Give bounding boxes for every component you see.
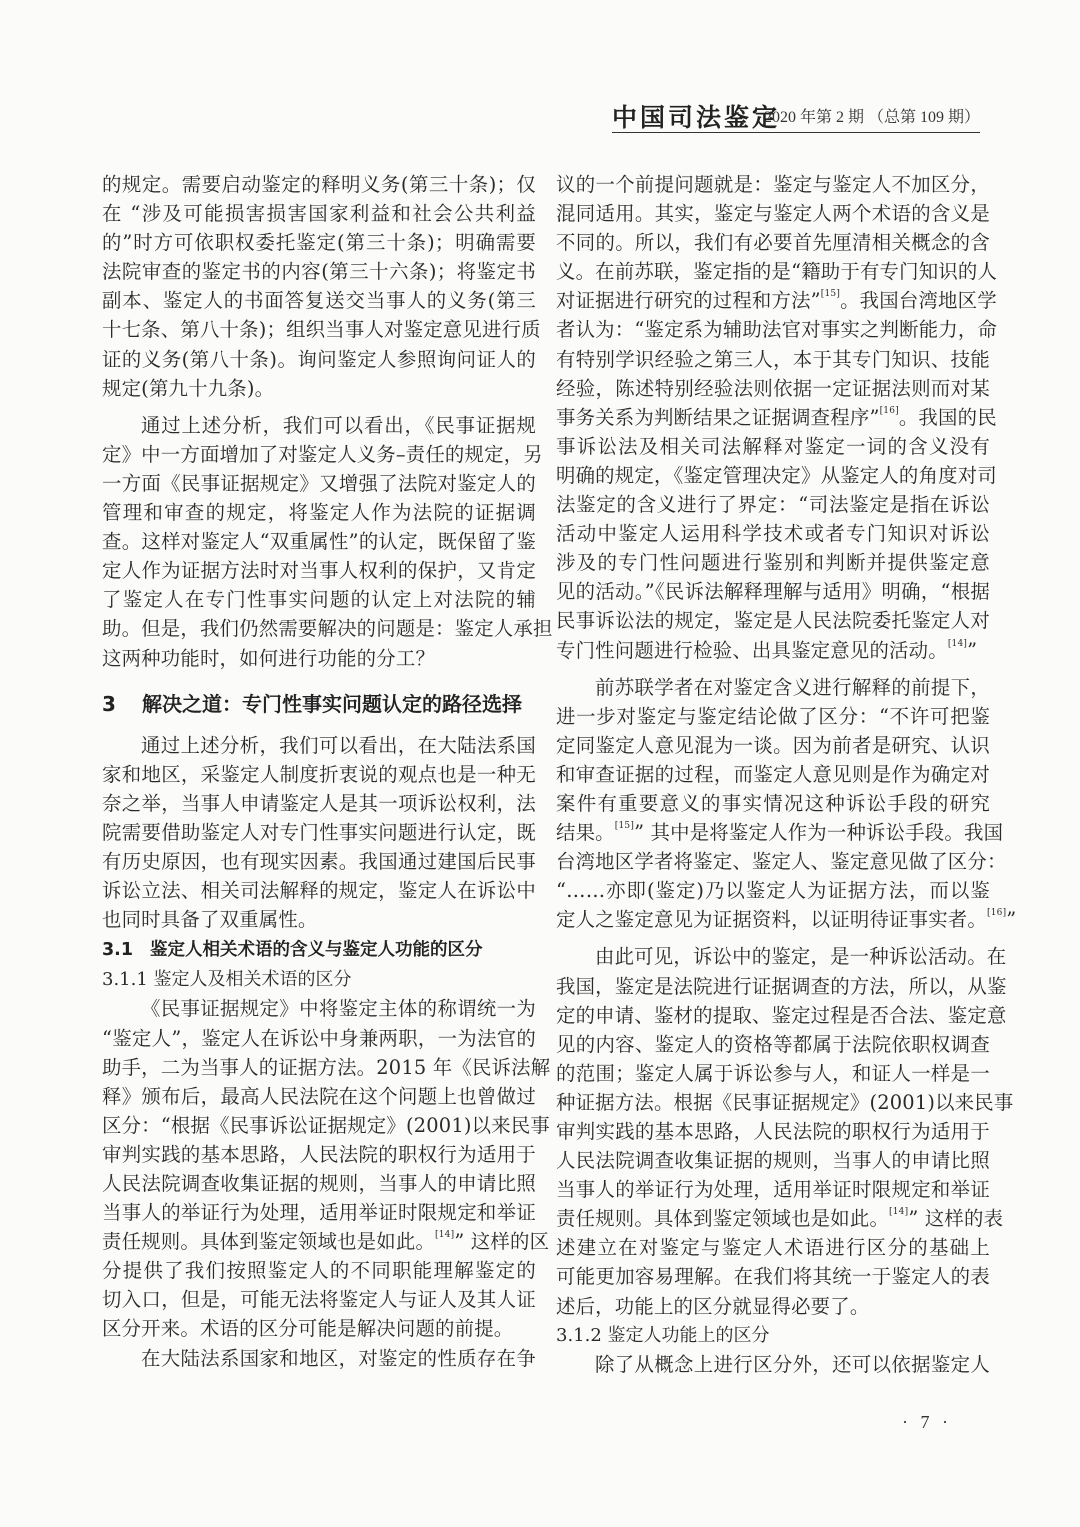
text-line: 义。在前苏联，鉴定指的是“籍助于有专门知识的人	[556, 257, 990, 286]
right-column: 议的一个前提问题就是：鉴定与鉴定人不加区分， 混同适用。其实，鉴定与鉴定人两个术…	[556, 170, 990, 1379]
text-line: 定人之鉴定意见为证据资料，以证明待证事实者。[16]”	[556, 905, 990, 934]
text-line: 区分开来。术语的区分可能是解决问题的前提。	[102, 1314, 536, 1343]
citation-ref[interactable]: [16]	[880, 406, 899, 416]
text-segment: 对证据进行研究的过程和方法”	[556, 289, 821, 312]
text-line: 切入口，但是，可能无法将鉴定人与证人及其人证	[102, 1285, 536, 1314]
text-segment: 。我国的民	[899, 406, 997, 429]
text-segment: 专门性问题进行检验、出具鉴定意见的活动。	[556, 639, 948, 662]
text-segment: ”	[967, 639, 977, 662]
section-heading-3-1-2: 3.1.2 鉴定人功能上的区分	[556, 1321, 990, 1350]
text-line: 述建立在对鉴定与鉴定人术语进行区分的基础上	[556, 1233, 990, 1262]
text-line: 《民事证据规定》中将鉴定主体的称谓统一为	[102, 994, 536, 1023]
text-segment: 。我国台湾地区学	[840, 289, 997, 312]
text-line: 这两种功能时，如何进行功能的分工？	[102, 644, 536, 673]
text-line: 述后，功能上的区分就显得必要了。	[556, 1292, 990, 1321]
text-line: 家和地区，采鉴定人制度折衷说的观点也是一种无	[102, 760, 536, 789]
text-line: 通过上述分析，我们可以看出，在大陆法系国	[102, 731, 536, 760]
text-line: 副本、鉴定人的书面答复送交当事人的义务(第三	[102, 286, 536, 315]
section-title: 鉴定人及相关术语的区分	[154, 969, 352, 990]
text-line: 活动中鉴定人运用科学技术或者专门知识对诉讼	[556, 519, 990, 548]
text-line: 的规定。需要启动鉴定的释明义务(第三十条)；仅	[102, 170, 536, 199]
paragraph: 在大陆法系国家和地区，对鉴定的性质存在争	[102, 1344, 536, 1373]
text-line: 经验，陈述特别经验法则依据一定证据法则而对某	[556, 374, 990, 403]
text-segment: ” 其中是将鉴定人作为一种诉讼手段。我国	[634, 821, 1003, 844]
text-line: 助。但是，我们仍然需要解决的问题是：鉴定人承担	[102, 614, 536, 643]
text-line: 除了从概念上进行区分外，还可以依据鉴定人	[556, 1350, 990, 1379]
text-line: 定同鉴定人意见混为一谈。因为前者是研究、认识	[556, 731, 990, 760]
text-line: 院需要借助鉴定人对专门性事实问题进行认定，既	[102, 818, 536, 847]
text-segment: 责任规则。具体到鉴定领域也是如此。	[556, 1207, 889, 1230]
citation-ref[interactable]: [14]	[889, 1207, 908, 1217]
text-line: 混同适用。其实，鉴定与鉴定人两个术语的含义是	[556, 199, 990, 228]
text-line: 当事人的举证行为处理，适用举证时限规定和举证	[556, 1175, 990, 1204]
text-line: 规定(第九十九条)。	[102, 374, 536, 403]
text-line: 也同时具备了双重属性。	[102, 905, 536, 934]
text-line: 十七条、第八十条)；组织当事人对鉴定意见进行质	[102, 315, 536, 344]
text-line: 法鉴定的含义进行了界定：“司法鉴定是指在诉讼	[556, 490, 990, 519]
text-line: 台湾地区学者将鉴定、鉴定人、鉴定意见做了区分：	[556, 847, 990, 876]
citation-ref[interactable]: [15]	[821, 289, 840, 299]
text-line: 见的内容、鉴定人的资格等都属于法院依职权调查	[556, 1030, 990, 1059]
text-line: 不同的。所以，我们有必要首先厘清相关概念的含	[556, 228, 990, 257]
text-line: 查。这样对鉴定人“双重属性”的认定，既保留了鉴	[102, 527, 536, 556]
text-line: 奈之举，当事人申请鉴定人是其一项诉讼权利，法	[102, 789, 536, 818]
section-title: 解决之道：专门性事实问题认定的路径选择	[142, 692, 522, 716]
text-line: 法院审查的鉴定书的内容(第三十六条)；将鉴定书	[102, 257, 536, 286]
section-heading-3-1-1: 3.1.1 鉴定人及相关术语的区分	[102, 965, 536, 994]
text-line: 在 “涉及可能损害损害国家利益和社会公共利益	[102, 199, 536, 228]
text-line: 对证据进行研究的过程和方法”[15]。我国台湾地区学	[556, 286, 990, 315]
text-line: 涉及的专门性问题进行鉴别和判断并提供鉴定意	[556, 548, 990, 577]
text-segment: 结果。	[556, 821, 615, 844]
text-line: 前苏联学者在对鉴定含义进行解释的前提下，	[556, 673, 990, 702]
text-line: 进一步对鉴定与鉴定结论做了区分：“不许可把鉴	[556, 702, 990, 731]
paragraph: 除了从概念上进行区分外，还可以依据鉴定人	[556, 1350, 990, 1379]
section-heading-3: 3解决之道：专门性事实问题认定的路径选择	[102, 683, 536, 725]
text-line: 责任规则。具体到鉴定领域也是如此。[14]” 这样的区	[102, 1227, 536, 1256]
text-segment: ” 这样的区	[454, 1230, 549, 1253]
text-segment: 定人之鉴定意见为证据资料，以证明待证事实者。	[556, 908, 987, 931]
section-number: 3.1.1	[102, 969, 148, 990]
text-line: 人民法院调查收集证据的规则，当事人的申请比照	[556, 1146, 990, 1175]
text-line: 审判实践的基本思路，人民法院的职权行为适用于	[556, 1117, 990, 1146]
text-line: 审判实践的基本思路，人民法院的职权行为适用于	[102, 1140, 536, 1169]
paragraph: 通过上述分析，我们可以看出，《民事证据规 定》中一方面增加了对鉴定人义务–责任的…	[102, 411, 536, 673]
section-number: 3.1	[102, 936, 150, 965]
section-heading-3-1: 3.1鉴定人相关术语的含义与鉴定人功能的区分	[102, 936, 536, 965]
text-line: 区分：“根据《民事诉讼证据规定》(2001)以来民事	[102, 1111, 536, 1140]
text-line: 的”时方可依职权委托鉴定(第三十条)；明确需要	[102, 228, 536, 257]
text-line: 有历史原因，也有现实因素。我国通过建国后民事	[102, 847, 536, 876]
text-segment: ”	[1006, 908, 1016, 931]
paragraph: 议的一个前提问题就是：鉴定与鉴定人不加区分， 混同适用。其实，鉴定与鉴定人两个术…	[556, 170, 990, 665]
text-line: 当事人的举证行为处理，适用举证时限规定和举证	[102, 1198, 536, 1227]
paragraph: 由此可见，诉讼中的鉴定，是一种诉讼活动。在 我国，鉴定是法院进行证据调查的方法，…	[556, 942, 990, 1320]
text-line: 可能更加容易理解。在我们将其统一于鉴定人的表	[556, 1262, 990, 1291]
text-line: 了鉴定人在专门性事实问题的认定上对法院的辅	[102, 585, 536, 614]
paragraph: 《民事证据规定》中将鉴定主体的称谓统一为 “鉴定人”，鉴定人在诉讼中身兼两职，一…	[102, 994, 536, 1343]
paragraph: 的规定。需要启动鉴定的释明义务(第三十条)；仅 在 “涉及可能损害损害国家利益和…	[102, 170, 536, 403]
citation-ref[interactable]: [14]	[435, 1230, 454, 1240]
left-column: 的规定。需要启动鉴定的释明义务(第三十条)；仅 在 “涉及可能损害损害国家利益和…	[102, 170, 536, 1373]
text-line: 事诉讼法及相关司法解释对鉴定一词的含义没有	[556, 432, 990, 461]
text-line: “……亦即(鉴定)乃以鉴定人为证据方法，而以鉴	[556, 876, 990, 905]
text-line: 管理和审查的规定，将鉴定人作为法院的证据调	[102, 498, 536, 527]
text-line: 专门性问题进行检验、出具鉴定意见的活动。[14]”	[556, 636, 990, 665]
paragraph: 前苏联学者在对鉴定含义进行解释的前提下， 进一步对鉴定与鉴定结论做了区分：“不许…	[556, 673, 990, 935]
text-line: 者认为：“鉴定系为辅助法官对事实之判断能力，命	[556, 315, 990, 344]
section-title: 鉴定人功能上的区分	[608, 1325, 770, 1346]
text-line: 通过上述分析，我们可以看出，《民事证据规	[102, 411, 536, 440]
text-line: 见的活动。”《民诉法解释理解与适用》明确，“根据	[556, 577, 990, 606]
text-line: “鉴定人”，鉴定人在诉讼中身兼两职，一为法官的	[102, 1024, 536, 1053]
text-line: 结果。[15]” 其中是将鉴定人作为一种诉讼手段。我国	[556, 818, 990, 847]
text-line: 事务关系为判断结果之证据调查程序”[16]。我国的民	[556, 403, 990, 432]
text-line: 明确的规定，《鉴定管理决定》从鉴定人的角度对司	[556, 461, 990, 490]
text-line: 责任规则。具体到鉴定领域也是如此。[14]” 这样的表	[556, 1204, 990, 1233]
citation-ref[interactable]: [16]	[987, 908, 1006, 918]
text-line: 助手，二为当事人的证据方法。2015 年《民诉法解	[102, 1053, 536, 1082]
text-line: 我国，鉴定是法院进行证据调查的方法，所以，从鉴	[556, 972, 990, 1001]
journal-title: 中国司法鉴定	[612, 98, 780, 134]
text-line: 和审查证据的过程，而鉴定人意见则是作为确定对	[556, 760, 990, 789]
citation-ref[interactable]: [15]	[615, 821, 634, 831]
text-line: 在大陆法系国家和地区，对鉴定的性质存在争	[102, 1344, 536, 1373]
text-line: 证的义务(第八十条)。询问鉴定人参照询问证人的	[102, 345, 536, 374]
issue-info: 2020 年第 2 期 （总第 109 期）	[764, 104, 980, 127]
text-line: 一方面《民事证据规定》又增强了法院对鉴定人的	[102, 469, 536, 498]
text-line: 民事诉讼法的规定，鉴定是人民法院委托鉴定人对	[556, 606, 990, 635]
text-line: 有特别学识经验之第三人，本于其专门知识、技能	[556, 345, 990, 374]
text-line: 释》颁布后，最高人民法院在这个问题上也曾做过	[102, 1082, 536, 1111]
text-line: 定的申请、鉴材的提取、鉴定过程是否合法、鉴定意	[556, 1001, 990, 1030]
text-segment: 责任规则。具体到鉴定领域也是如此。	[102, 1230, 435, 1253]
paragraph: 通过上述分析，我们可以看出，在大陆法系国 家和地区，采鉴定人制度折衷说的观点也是…	[102, 731, 536, 935]
text-line: 种证据方法。根据《民事证据规定》(2001)以来民事	[556, 1088, 990, 1117]
section-number: 3.1.2	[556, 1325, 602, 1346]
text-segment: ” 这样的表	[908, 1207, 1003, 1230]
text-line: 的范围；鉴定人属于诉讼参与人，和证人一样是一	[556, 1059, 990, 1088]
section-number: 3	[102, 683, 142, 725]
running-header: 中国司法鉴定 2020 年第 2 期 （总第 109 期）	[612, 98, 980, 133]
section-title: 鉴定人相关术语的含义与鉴定人功能的区分	[150, 940, 483, 960]
text-line: 由此可见，诉讼中的鉴定，是一种诉讼活动。在	[556, 942, 990, 971]
text-line: 案件有重要意义的事实情况这种诉讼手段的研究	[556, 789, 990, 818]
text-line: 分提供了我们按照鉴定人的不同职能理解鉴定的	[102, 1256, 536, 1285]
text-line: 诉讼立法、相关司法解释的规定，鉴定人在诉讼中	[102, 876, 536, 905]
citation-ref[interactable]: [14]	[948, 639, 967, 649]
text-line: 议的一个前提问题就是：鉴定与鉴定人不加区分，	[556, 170, 990, 199]
text-segment: 事务关系为判断结果之证据调查程序”	[556, 406, 880, 429]
text-line: 定》中一方面增加了对鉴定人义务–责任的规定，另	[102, 440, 536, 469]
text-line: 定人作为证据方法时对当事人权利的保护，又肯定	[102, 556, 536, 585]
page-number: · 7 ·	[902, 1412, 952, 1433]
text-line: 人民法院调查收集证据的规则，当事人的申请比照	[102, 1169, 536, 1198]
